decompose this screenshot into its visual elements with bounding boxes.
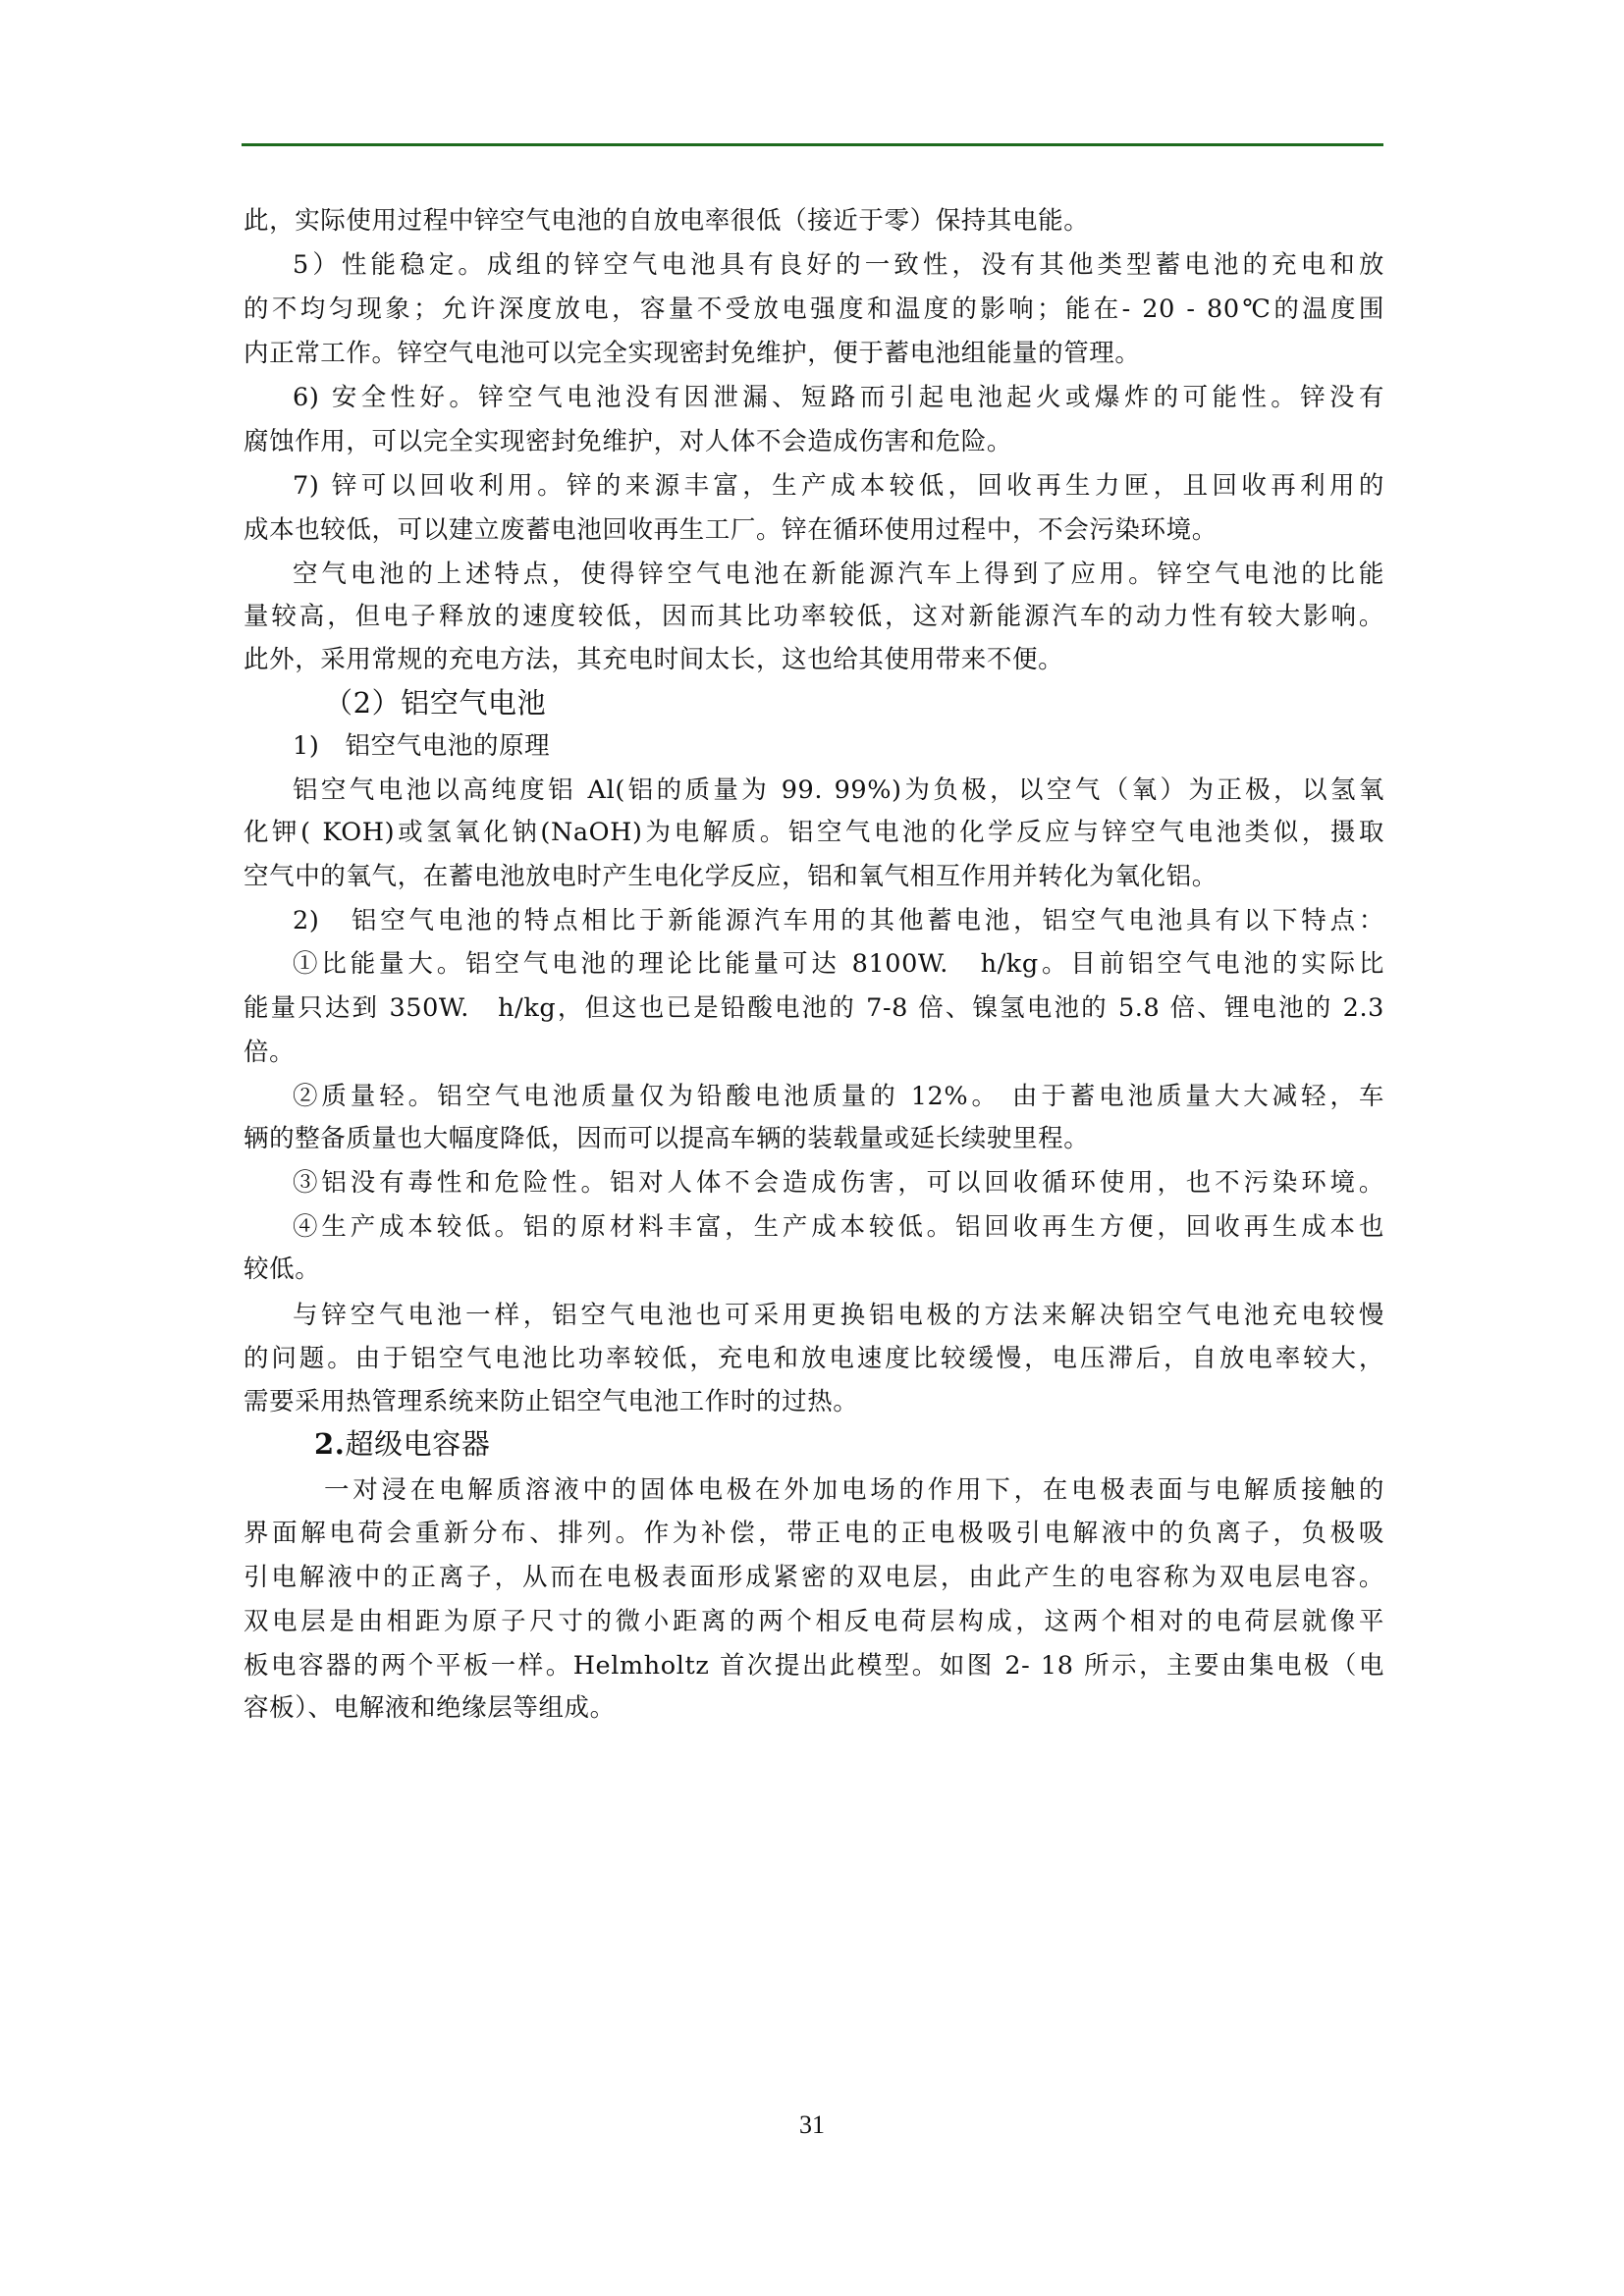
paragraph-line: 双电层是由相距为原子尺寸的微小距离的两个相反电荷层构成，这两个相对的电荷层就像平: [244, 1606, 1384, 1637]
paragraph-line: ②质量轻。铝空气电池质量仅为铅酸电池质量的 12%。 由于蓄电池质量大大减轻，车: [293, 1081, 1384, 1112]
paragraph-line: 能量只达到 350W. h/kg，但这也已是铅酸电池的 7-8 倍、镍氢电池的 …: [244, 992, 1384, 1024]
paragraph-line: ④生产成本较低。铝的原材料丰富，生产成本较低。铝回收再生方便，回收再生成本也: [293, 1211, 1384, 1243]
paragraph-line: 较低。: [244, 1254, 1384, 1285]
paragraph-line: 7) 锌可以回收利用。锌的来源丰富，生产成本较低，回收再生力匣，且回收再利用的: [293, 470, 1384, 502]
paragraph-line: ①比能量大。铝空气电池的理论比能量可达 8100W. h/kg。目前铝空气电池的…: [293, 948, 1384, 980]
page-number: 31: [0, 2110, 1624, 2140]
paragraph-line: 容板）、电解液和绝缘层等组成。: [244, 1692, 1384, 1724]
paragraph-line: 6) 安全性好。锌空气电池没有因泄漏、短路而引起电池起火或爆炸的可能性。锌没有: [293, 382, 1384, 413]
paragraph-line: 与锌空气电池一样，铝空气电池也可采用更换铝电极的方法来解决铝空气电池充电较慢: [293, 1300, 1384, 1331]
paragraph-line: 板电容器的两个平板一样。Helmholtz 首次提出此模型。如图 2- 18 所…: [244, 1650, 1384, 1682]
paragraph-line: 化钾( KOH)或氢氧化钠(NaOH)为电解质。铝空气电池的化学反应与锌空气电池…: [244, 817, 1384, 848]
paragraph-line: 空气电池的上述特点，使得锌空气电池在新能源汽车上得到了应用。锌空气电池的比能: [293, 559, 1384, 590]
paragraph-line: 成本也较低，可以建立废蓄电池回收再生工厂。锌在循环使用过程中，不会污染环境。: [244, 514, 1384, 546]
paragraph-line: 一对浸在电解质溶液中的固体电极在外加电场的作用下，在电极表面与电解质接触的: [324, 1474, 1384, 1506]
paragraph-line: 铝空气电池以高纯度铝 Al(铝的质量为 99. 99%)为负极，以空气（氧）为正…: [293, 774, 1384, 806]
paragraph-line: 此外，采用常规的充电方法，其充电时间太长，这也给其使用带来不便。: [244, 644, 1384, 675]
paragraph-line: 辆的整备质量也大幅度降低，因而可以提高车辆的装载量或延长续驶里程。: [244, 1123, 1384, 1154]
section-heading: （2）铝空气电池: [324, 687, 1465, 719]
paragraph-line: 空气中的氧气，在蓄电池放电时产生电化学反应，铝和氧气相互作用并转化为氧化铝。: [244, 861, 1384, 892]
section-title: 超级电容器: [345, 1427, 490, 1461]
paragraph-line: 引电解液中的正离子，从而在电极表面形成紧密的双电层，由此产生的电容称为双电层电容…: [244, 1562, 1384, 1593]
paragraph-line: 5）性能稳定。成组的锌空气电池具有良好的一致性，没有其他类型蓄电池的充电和放: [293, 249, 1384, 281]
paragraph-line: 界面解电荷会重新分布、排列。作为补偿，带正电的正电极吸引电解液中的负离子，负极吸: [244, 1518, 1384, 1549]
paragraph-line: 此，实际使用过程中锌空气电池的自放电率很低（接近于零）保持其电能。: [244, 205, 1384, 237]
paragraph-line: 内正常工作。锌空气电池可以完全实现密封免维护，便于蓄电池组能量的管理。: [244, 338, 1384, 369]
paragraph-line: 倍。: [244, 1037, 1384, 1068]
paragraph-line: 需要采用热管理系统来防止铝空气电池工作时的过热。: [244, 1386, 1384, 1417]
paragraph-line: 的问题。由于铝空气电池比功率较低，充电和放电速度比较缓慢，电压滞后，自放电率较大…: [244, 1343, 1384, 1374]
paragraph-line: 的不均匀现象；允许深度放电，容量不受放电强度和温度的影响；能在- 20 - 80…: [244, 294, 1384, 325]
paragraph-line: ③铝没有毒性和危险性。铝对人体不会造成伤害，可以回收循环使用，也不污染环境。: [293, 1167, 1384, 1199]
paragraph-line: 腐蚀作用，可以完全实现密封免维护，对人体不会造成伤害和危险。: [244, 426, 1384, 457]
subsection-heading: 1) 铝空气电池的原理: [293, 730, 1384, 762]
chapter-heading: 2.超级电容器: [314, 1428, 1455, 1460]
paragraph-line: 量较高，但电子释放的速度较低，因而其比功率较低，这对新能源汽车的动力性有较大影响…: [244, 601, 1384, 632]
section-number: 2.: [314, 1427, 345, 1461]
header-rule: [242, 143, 1383, 146]
paragraph-line: 2) 铝空气电池的特点相比于新能源汽车用的其他蓄电池，铝空气电池具有以下特点：: [293, 905, 1384, 936]
